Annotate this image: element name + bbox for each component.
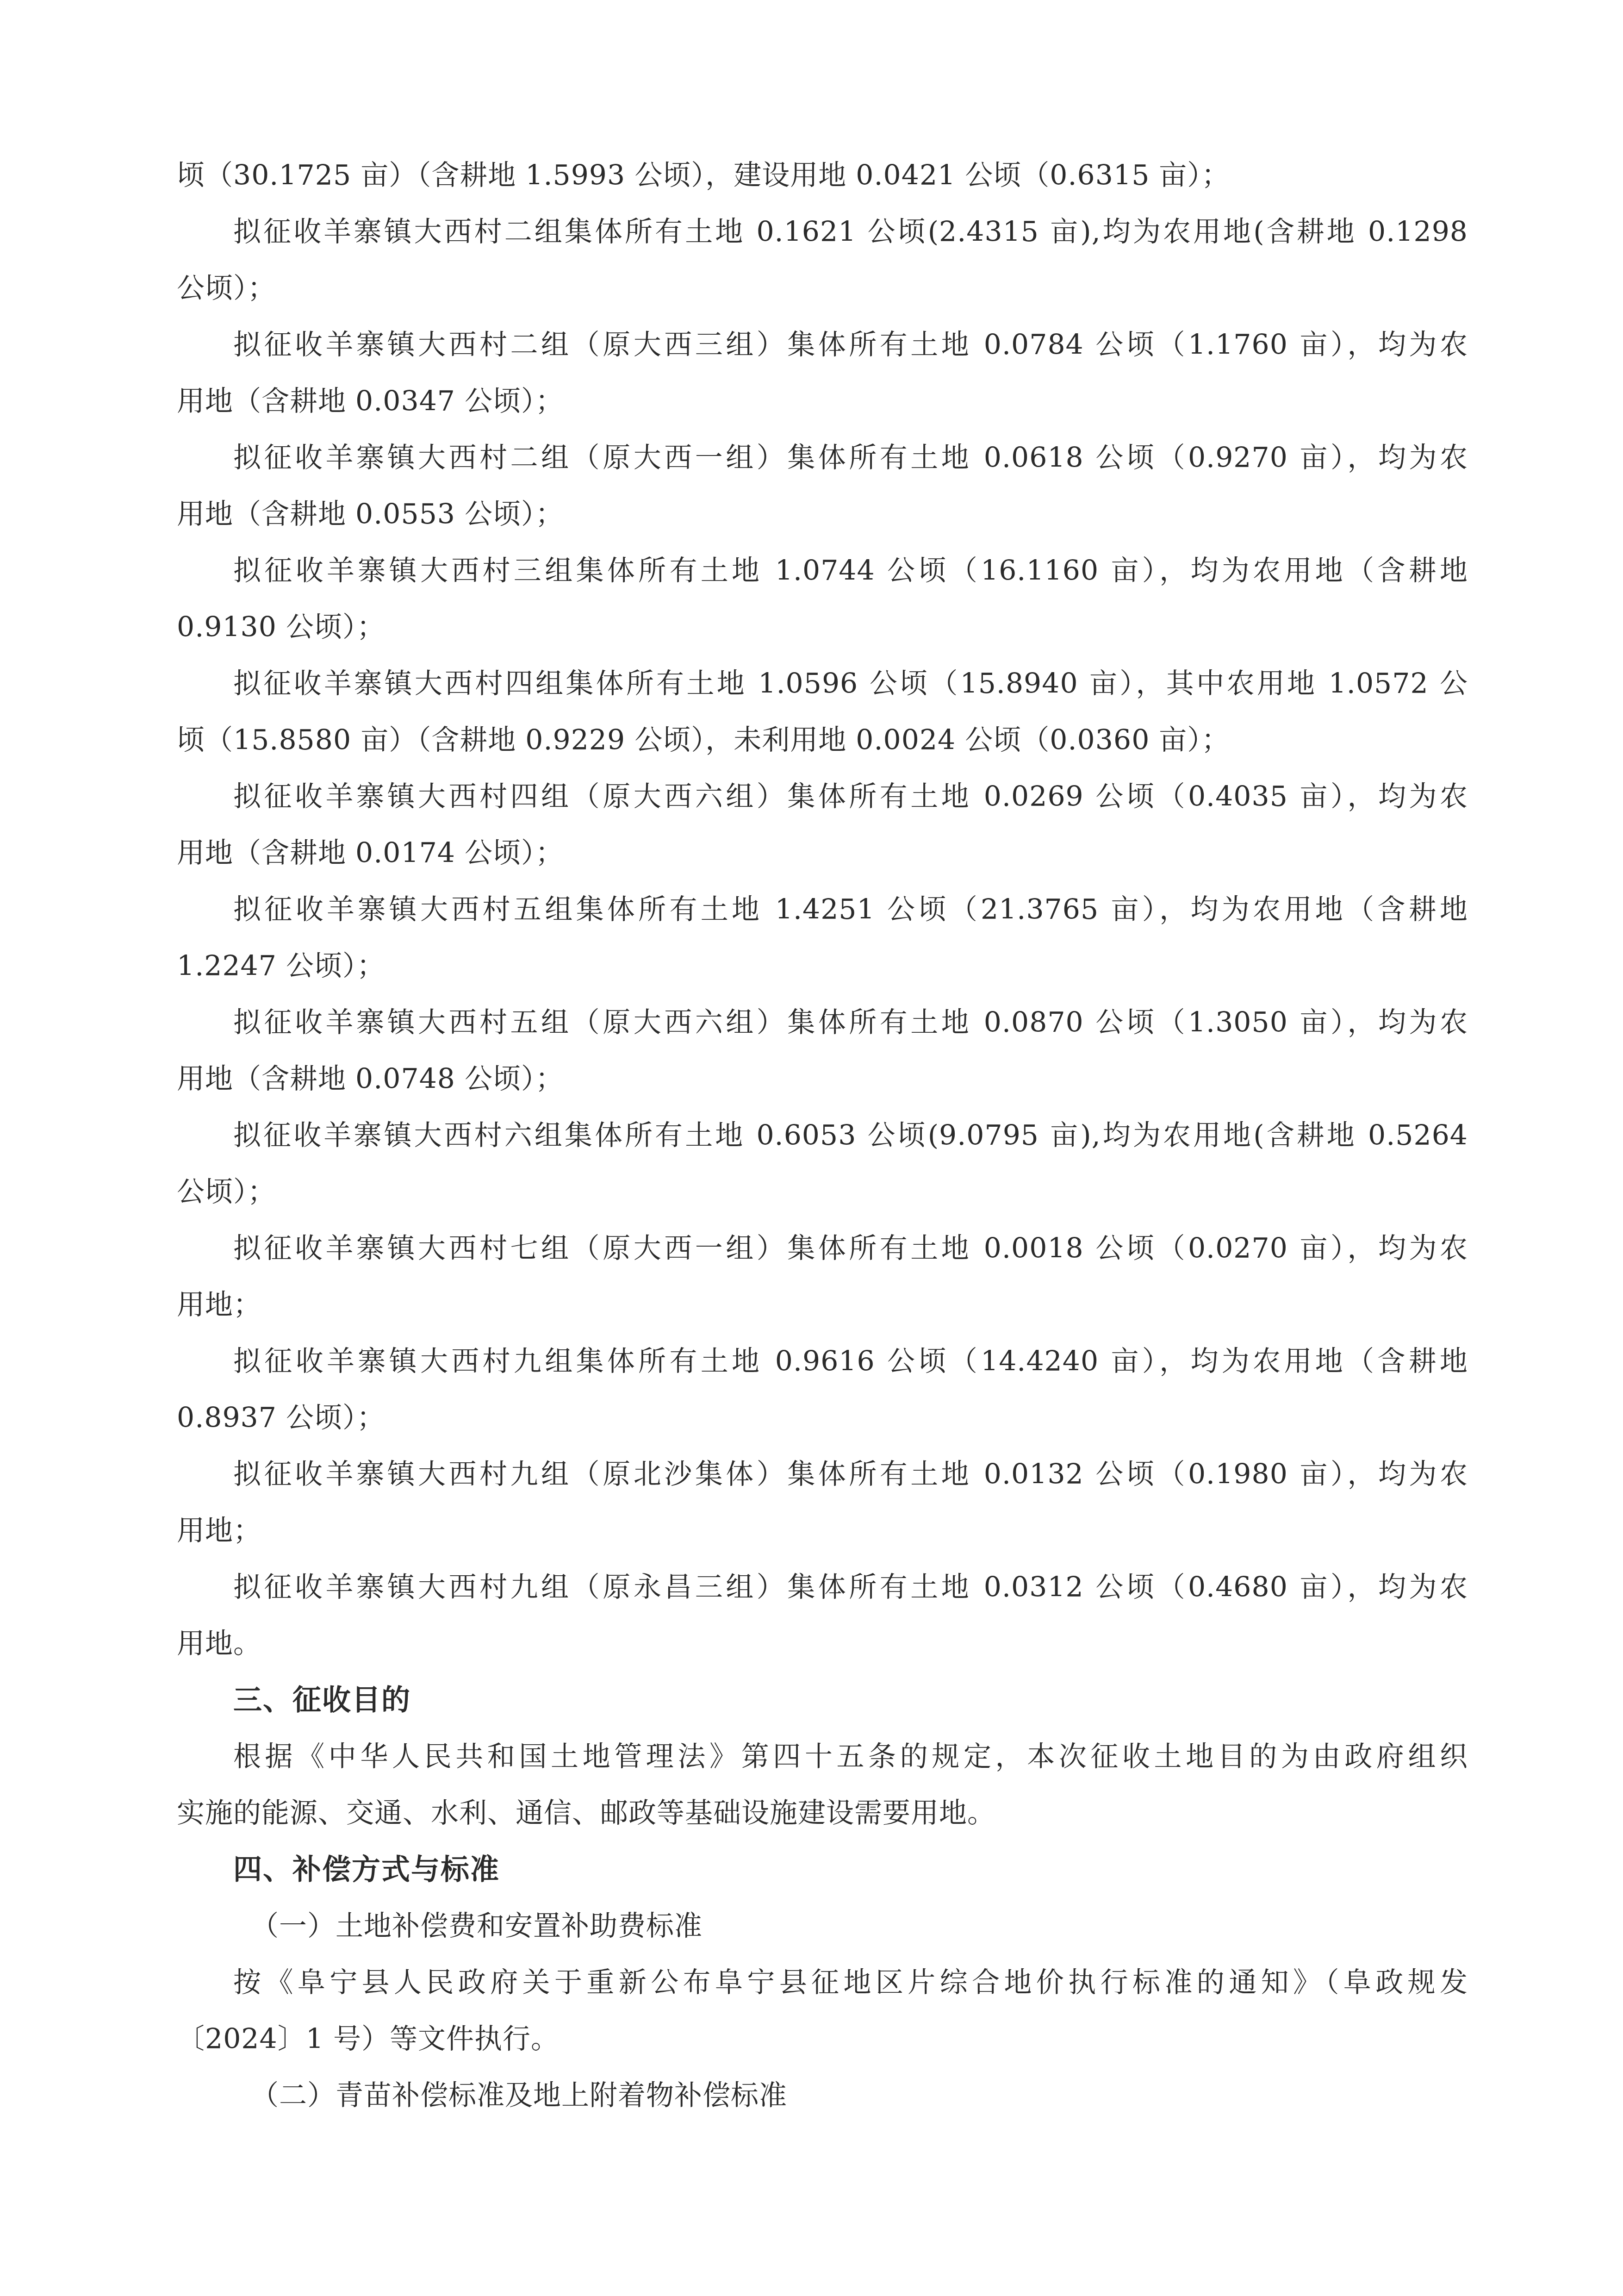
text-line: 1.2247 公顷）； [177,938,1468,994]
section-compensation: 四、补偿方式与标准 （一）土地补偿费和安置补助费标准 按《阜宁县人民政府关于重新… [177,1841,1468,2124]
text-line: 用地； [177,1277,1468,1333]
text-line: 用地（含耕地 0.0553 公顷）； [177,486,1468,543]
text-line: 用地。 [177,1616,1468,1672]
paragraph-line: 按《阜宁县人民政府关于重新公布阜宁县征地区片综合地价执行标准的通知》（阜政规发 [177,1954,1468,2011]
paragraph-line: 实施的能源、交通、水利、通信、邮政等基础设施建设需要用地。 [177,1785,1468,1841]
text-line: 拟征收羊寨镇大西村九组（原永昌三组）集体所有土地 0.0312 公顷（0.468… [177,1559,1468,1616]
text-line: 拟征收羊寨镇大西村五组（原大西六组）集体所有土地 0.0870 公顷（1.305… [177,994,1468,1051]
text-line: 用地； [177,1503,1468,1559]
text-line: 拟征收羊寨镇大西村四组（原大西六组）集体所有土地 0.0269 公顷（0.403… [177,768,1468,825]
text-line: 拟征收羊寨镇大西村三组集体所有土地 1.0744 公顷（16.1160 亩），均… [177,543,1468,599]
subsection-heading: （一）土地补偿费和安置补助费标准 [177,1898,1468,1954]
text-line: 0.8937 公顷）； [177,1390,1468,1446]
text-line: 拟征收羊寨镇大西村六组集体所有土地 0.6053 公顷(9.0795 亩),均为… [177,1107,1468,1164]
section-acquisition-purpose: 三、征收目的 根据《中华人民共和国土地管理法》第四十五条的规定，本次征收土地目的… [177,1672,1468,1841]
text-line: 顷（30.1725 亩）（含耕地 1.5993 公顷），建设用地 0.0421 … [177,147,1468,204]
section-heading: 四、补偿方式与标准 [177,1841,1468,1898]
text-line: 拟征收羊寨镇大西村九组（原北沙集体）集体所有土地 0.0132 公顷（0.198… [177,1446,1468,1503]
text-line: 公顷）； [177,1164,1468,1220]
subsection-heading: （二）青苗补偿标准及地上附着物补偿标准 [177,2067,1468,2124]
text-line: 拟征收羊寨镇大西村二组（原大西三组）集体所有土地 0.0784 公顷（1.176… [177,317,1468,373]
text-line: 公顷）； [177,260,1468,317]
text-line: 0.9130 公顷）； [177,599,1468,655]
text-line: 拟征收羊寨镇大西村九组集体所有土地 0.9616 公顷（14.4240 亩），均… [177,1333,1468,1390]
text-line: 用地（含耕地 0.0748 公顷）； [177,1051,1468,1107]
paragraph-line: 根据《中华人民共和国土地管理法》第四十五条的规定，本次征收土地目的为由政府组织 [177,1728,1468,1785]
document-page: 顷（30.1725 亩）（含耕地 1.5993 公顷），建设用地 0.0421 … [177,147,1468,2124]
text-line: 用地（含耕地 0.0174 公顷）； [177,825,1468,881]
text-line: 拟征收羊寨镇大西村二组集体所有土地 0.1621 公顷(2.4315 亩),均为… [177,204,1468,260]
text-line: 拟征收羊寨镇大西村二组（原大西一组）集体所有土地 0.0618 公顷（0.927… [177,430,1468,486]
paragraph-line: 〔2024〕1 号）等文件执行。 [177,2011,1468,2067]
text-line: 拟征收羊寨镇大西村七组（原大西一组）集体所有土地 0.0018 公顷（0.027… [177,1220,1468,1277]
text-line: 拟征收羊寨镇大西村五组集体所有土地 1.4251 公顷（21.3765 亩），均… [177,881,1468,938]
land-acquisition-list: 顷（30.1725 亩）（含耕地 1.5993 公顷），建设用地 0.0421 … [177,147,1468,1672]
text-line: 顷（15.8580 亩）（含耕地 0.9229 公顷），未利用地 0.0024 … [177,712,1468,768]
text-line: 用地（含耕地 0.0347 公顷）； [177,373,1468,430]
text-line: 拟征收羊寨镇大西村四组集体所有土地 1.0596 公顷（15.8940 亩），其… [177,655,1468,712]
section-heading: 三、征收目的 [177,1672,1468,1728]
